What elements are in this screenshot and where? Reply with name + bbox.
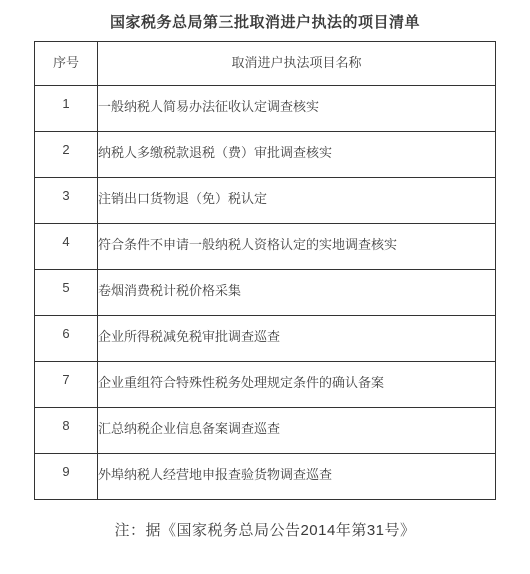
table-row: 9外埠纳税人经营地申报查验货物调查巡查 <box>35 454 496 500</box>
row-item-name-cell: 企业所得税减免税审批调查巡查 <box>98 316 496 362</box>
row-item-name-cell: 企业重组符合特殊性税务处理规定条件的确认备案 <box>98 362 496 408</box>
row-number-cell: 4 <box>35 224 98 270</box>
page-title: 国家税务总局第三批取消进户执法的项目清单 <box>0 11 530 32</box>
row-item-name-cell: 符合条件不申请一般纳税人资格认定的实地调查核实 <box>98 224 496 270</box>
row-item-name-cell: 一般纳税人简易办法征收认定调查核实 <box>98 86 496 132</box>
row-number-cell: 5 <box>35 270 98 316</box>
row-item-name-cell: 纳税人多缴税款退税（费）审批调查核实 <box>98 132 496 178</box>
row-number-cell: 1 <box>35 86 98 132</box>
table-row: 2纳税人多缴税款退税（费）审批调查核实 <box>35 132 496 178</box>
row-number-cell: 8 <box>35 408 98 454</box>
row-number-cell: 2 <box>35 132 98 178</box>
row-number-cell: 3 <box>35 178 98 224</box>
table-row: 7企业重组符合特殊性税务处理规定条件的确认备案 <box>35 362 496 408</box>
table-body: 1一般纳税人简易办法征收认定调查核实2纳税人多缴税款退税（费）审批调查核实3注销… <box>35 86 496 500</box>
header-cell-name: 取消进户执法项目名称 <box>98 42 496 86</box>
row-number-cell: 7 <box>35 362 98 408</box>
table-row: 8汇总纳税企业信息备案调查巡查 <box>35 408 496 454</box>
row-number-cell: 9 <box>35 454 98 500</box>
footnote: 注：据《国家税务总局公告2014年第31号》 <box>0 519 530 540</box>
row-item-name-cell: 卷烟消费税计税价格采集 <box>98 270 496 316</box>
table-row: 6企业所得税减免税审批调查巡查 <box>35 316 496 362</box>
table-row: 1一般纳税人简易办法征收认定调查核实 <box>35 86 496 132</box>
row-number-cell: 6 <box>35 316 98 362</box>
table-header-row: 序号 取消进户执法项目名称 <box>35 42 496 86</box>
header-cell-number: 序号 <box>35 42 98 86</box>
table-row: 4符合条件不申请一般纳税人资格认定的实地调查核实 <box>35 224 496 270</box>
table-header: 序号 取消进户执法项目名称 <box>35 42 496 86</box>
row-item-name-cell: 外埠纳税人经营地申报查验货物调查巡查 <box>98 454 496 500</box>
table-row: 3注销出口货物退（免）税认定 <box>35 178 496 224</box>
row-item-name-cell: 汇总纳税企业信息备案调查巡查 <box>98 408 496 454</box>
table-row: 5卷烟消费税计税价格采集 <box>35 270 496 316</box>
cancelled-items-table: 序号 取消进户执法项目名称 1一般纳税人简易办法征收认定调查核实2纳税人多缴税款… <box>34 41 496 500</box>
row-item-name-cell: 注销出口货物退（免）税认定 <box>98 178 496 224</box>
